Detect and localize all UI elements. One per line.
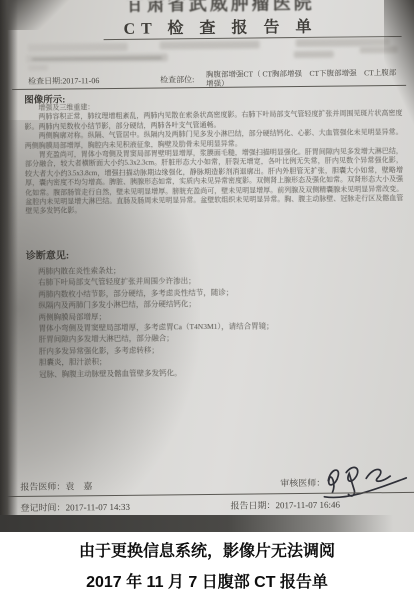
report-date: 报告日期：2017-11-07 16:46 — [230, 498, 340, 512]
photo-shadow — [0, 120, 200, 532]
caption-area: 由于更换信息系统，影像片无法调阅 2017 年 11 月 7 日腹部 CT 报告… — [0, 532, 414, 598]
exam-date: 检查日期:2017-11-06 — [28, 75, 99, 87]
hospital-name-text: 甘肃省武威肿瘤医院 — [126, 0, 315, 15]
screenshot: 甘肃省武威肿瘤医院 CT 检 查 报 告 单 检查日期:2017-11-06 检… — [0, 0, 414, 598]
caption-line-2: 2017 年 11 月 7 日腹部 CT 报告单 — [0, 569, 414, 592]
reviewer-label: 审核医师： — [280, 476, 325, 489]
exam-info-row: 检查日期:2017-11-06 检查部位: 胸腹部增强CT（ CT胸部增强 CT… — [28, 68, 404, 72]
exam-site-label: 检查部位: — [160, 74, 194, 85]
photo-dark-edge-left — [0, 0, 18, 532]
caption-line-1: 由于更换信息系统，影像片无法调阅 — [0, 538, 414, 561]
photo-dark-corner-topright — [384, 0, 414, 130]
exam-date-value: 2017-11-06 — [62, 76, 99, 85]
redaction-bar — [28, 43, 128, 52]
photo-dark-edge-bottom — [0, 515, 414, 532]
report-date-label: 报告日期： — [230, 500, 275, 510]
report-photo: 甘肃省武威肿瘤医院 CT 检 查 报 告 单 检查日期:2017-11-06 检… — [0, 0, 414, 532]
exam-date-label: 检查日期: — [28, 77, 62, 86]
redaction-bar — [160, 40, 260, 49]
redaction-bar — [294, 51, 334, 58]
redaction-bar — [26, 53, 168, 62]
report-date-value: 2017-11-07 16:46 — [275, 500, 340, 511]
redaction-bar — [28, 65, 48, 71]
